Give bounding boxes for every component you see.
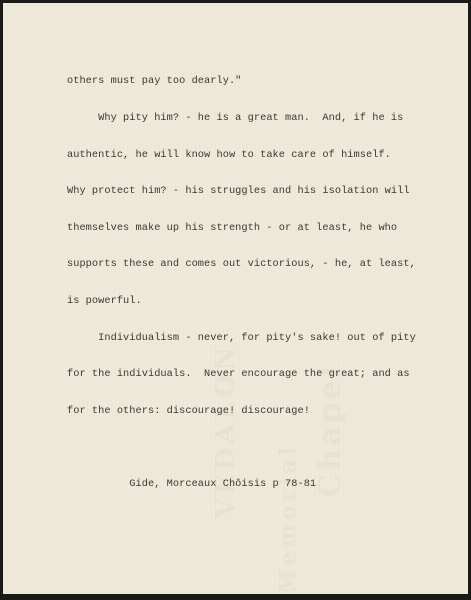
text-line: Why pity him? - he is a great man. And, … <box>67 112 416 124</box>
text-line: authentic, he will know how to take care… <box>67 149 416 161</box>
typewritten-page: VEDALON Memorial Chapel others must pay … <box>3 3 468 594</box>
text-line: others must pay too dearly." <box>67 75 416 87</box>
text-line: supports these and comes out victorious,… <box>67 258 416 270</box>
text-line: Individualism - never, for pity's sake! … <box>67 332 416 344</box>
text-line: for the others: discourage! discourage! <box>67 405 416 417</box>
source-attribution: Gide, Morceaux Chôisis p 78-81 <box>67 478 416 490</box>
text-line: Why protect him? - his struggles and his… <box>67 185 416 197</box>
blank-line <box>67 441 416 453</box>
text-line: is powerful. <box>67 295 416 307</box>
text-line: for the individuals. Never encourage the… <box>67 368 416 380</box>
typed-text-block: others must pay too dearly." Why pity hi… <box>67 51 416 515</box>
text-line: themselves make up his strength - or at … <box>67 222 416 234</box>
